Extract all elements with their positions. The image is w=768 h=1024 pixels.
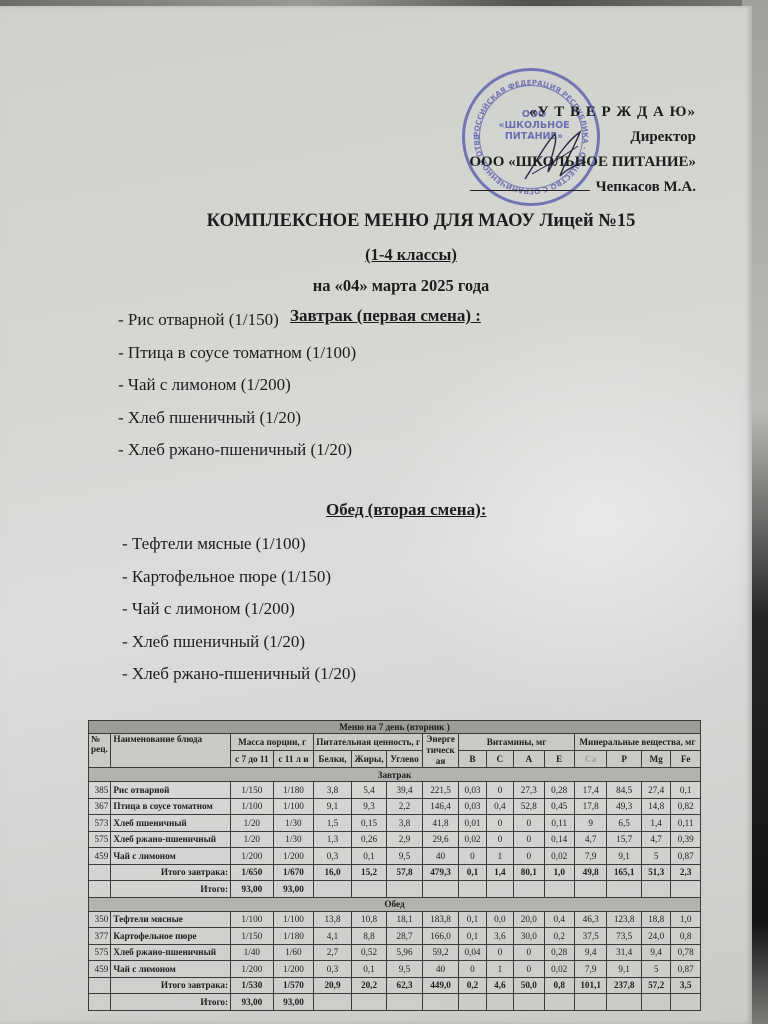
empty-cell xyxy=(514,881,544,898)
total-value-cell: 51,3 xyxy=(641,864,670,881)
approval-block: «У Т В Е Р Ж Д А Ю» Директор ООО «ШКОЛЬН… xyxy=(469,100,696,200)
value-cell: 0,15 xyxy=(351,815,387,832)
empty-cell xyxy=(671,881,701,898)
signature-line xyxy=(470,190,590,191)
header-mg: Mg xyxy=(641,751,670,768)
value-cell: 73,5 xyxy=(607,928,642,945)
empty-cell xyxy=(459,994,486,1011)
value-cell: 0,28 xyxy=(544,944,574,961)
total-value-cell: 479,3 xyxy=(422,864,459,881)
value-cell: 24,0 xyxy=(641,928,670,945)
total-value-cell: 20,9 xyxy=(314,977,352,994)
empty-cell xyxy=(89,864,111,881)
value-cell: 0 xyxy=(459,961,486,978)
list-item: - Тефтели мясные (1/100) xyxy=(122,532,356,565)
header-vit-e: E xyxy=(544,751,574,768)
total-value-cell: 1,0 xyxy=(544,864,574,881)
value-cell: 1,5 xyxy=(314,815,352,832)
value-cell: 0,1 xyxy=(671,782,701,799)
value-cell: 0 xyxy=(514,831,544,848)
total-value-cell: 165,1 xyxy=(607,864,642,881)
value-cell: 31,4 xyxy=(607,944,642,961)
total-value-cell: 0,2 xyxy=(459,977,486,994)
total-value-cell: 1/670 xyxy=(273,864,314,881)
recipe-number-cell: 459 xyxy=(89,848,111,865)
value-cell: 9,4 xyxy=(574,944,606,961)
value-cell: 37,5 xyxy=(574,928,606,945)
value-cell: 0 xyxy=(514,961,544,978)
table-row: 573Хлеб пшеничный1/201/301,50,153,841,80… xyxy=(89,815,701,832)
value-cell: 0,11 xyxy=(671,815,701,832)
header-vitamins: Витамины, мг xyxy=(459,734,575,751)
value-cell: 27,4 xyxy=(641,782,670,799)
empty-cell xyxy=(574,881,606,898)
value-cell: 1 xyxy=(486,848,513,865)
value-cell: 0,52 xyxy=(351,944,387,961)
value-cell: 40 xyxy=(422,961,459,978)
value-cell: 2,7 xyxy=(314,944,352,961)
value-cell: 7,9 xyxy=(574,848,606,865)
header-vit-b: B xyxy=(459,751,486,768)
total-value-cell: 20,2 xyxy=(351,977,387,994)
table-row: 459Чай с лимоном1/2001/2000,30,19,540010… xyxy=(89,848,701,865)
value-cell: 1/200 xyxy=(273,961,314,978)
value-cell: 5,4 xyxy=(351,782,387,799)
dish-name-cell: Картофельное пюре xyxy=(111,928,231,945)
value-cell: 0,4 xyxy=(544,911,574,928)
empty-cell xyxy=(89,977,111,994)
value-cell: 29,6 xyxy=(422,831,459,848)
cost-value-cell: 93,00 xyxy=(273,994,314,1011)
header-proteins: Белки, xyxy=(314,751,352,768)
total-row: Итого завтрака:1/6501/67016,015,257,8479… xyxy=(89,864,701,881)
empty-cell xyxy=(89,881,111,898)
value-cell: 1/20 xyxy=(231,831,274,848)
value-cell: 0 xyxy=(486,944,513,961)
value-cell: 183,8 xyxy=(422,911,459,928)
value-cell: 9,5 xyxy=(387,961,423,978)
section-row: Обед xyxy=(89,897,701,911)
value-cell: 4,7 xyxy=(641,831,670,848)
table-banner: Меню на 7 день (вторник ) xyxy=(89,721,701,734)
value-cell: 17,8 xyxy=(574,798,606,815)
header-fats: Жиры, xyxy=(351,751,387,768)
total-value-cell: 1/530 xyxy=(231,977,274,994)
list-item: - Птица в соусе томатном (1/100) xyxy=(118,341,356,374)
value-cell: 3,6 xyxy=(486,928,513,945)
recipe-number-cell: 573 xyxy=(89,815,111,832)
value-cell: 1/20 xyxy=(231,815,274,832)
cost-value-cell: 93,00 xyxy=(273,881,314,898)
value-cell: 0 xyxy=(514,944,544,961)
value-cell: 1/180 xyxy=(273,782,314,799)
value-cell: 1/60 xyxy=(273,944,314,961)
value-cell: 9,1 xyxy=(314,798,352,815)
total-label: Итого завтрака: xyxy=(111,977,231,994)
document-heading: КОМПЛЕКСНОЕ МЕНЮ ДЛЯ МАОУ Лицей №15 (1-4… xyxy=(0,211,752,296)
value-cell: 1/100 xyxy=(273,911,314,928)
dish-name-cell: Чай с лимоном xyxy=(111,961,231,978)
value-cell: 17,4 xyxy=(574,782,606,799)
empty-cell xyxy=(387,994,423,1011)
value-cell: 1/180 xyxy=(273,928,314,945)
value-cell: 0 xyxy=(486,782,513,799)
header-nutrition: Питательная ценность, г xyxy=(314,734,423,751)
empty-cell xyxy=(544,881,574,898)
value-cell: 166,0 xyxy=(422,928,459,945)
total-label: Итого завтрака: xyxy=(111,864,231,881)
empty-cell xyxy=(641,881,670,898)
value-cell: 4,1 xyxy=(314,928,352,945)
value-cell: 15,7 xyxy=(607,831,642,848)
header-recipe-no: № рец. xyxy=(89,734,111,768)
value-cell: 20,0 xyxy=(514,911,544,928)
value-cell: 5,96 xyxy=(387,944,423,961)
value-cell: 0,14 xyxy=(544,831,574,848)
lunch-list: - Тефтели мясные (1/100) - Картофельное … xyxy=(122,532,356,695)
value-cell: 0,1 xyxy=(351,961,387,978)
value-cell: 18,1 xyxy=(387,911,423,928)
total-value-cell: 62,3 xyxy=(387,977,423,994)
dish-name-cell: Тефтели мясные xyxy=(111,911,231,928)
list-item: - Картофельное пюре (1/150) xyxy=(122,565,356,598)
value-cell: 1,0 xyxy=(671,911,701,928)
value-cell: 1/100 xyxy=(273,798,314,815)
header-vit-a: A xyxy=(514,751,544,768)
empty-cell xyxy=(574,994,606,1011)
approval-position: Директор xyxy=(469,125,696,150)
value-cell: 0,3 xyxy=(314,961,352,978)
cost-row: Итого:93,0093,00 xyxy=(89,994,701,1011)
value-cell: 0,39 xyxy=(671,831,701,848)
header-fe: Fe xyxy=(671,751,701,768)
recipe-number-cell: 459 xyxy=(89,961,111,978)
value-cell: 0,87 xyxy=(671,848,701,865)
cost-value-cell: 93,00 xyxy=(231,881,274,898)
dish-name-cell: Хлеб ржано-пшеничный xyxy=(111,944,231,961)
empty-cell xyxy=(671,994,701,1011)
header-dish-name: Наименование блюда xyxy=(111,734,231,768)
table-row: 575Хлеб ржано-пшеничный1/401/602,70,525,… xyxy=(89,944,701,961)
total-value-cell: 80,1 xyxy=(514,864,544,881)
empty-cell xyxy=(314,881,352,898)
cost-label: Итого: xyxy=(111,881,231,898)
dish-name-cell: Хлеб ржано-пшеничный xyxy=(111,831,231,848)
lunch-heading: Обед (вторая смена): xyxy=(326,500,486,520)
list-item: - Чай с лимоном (1/200) xyxy=(122,597,356,630)
value-cell: 1/200 xyxy=(273,848,314,865)
value-cell: 1,3 xyxy=(314,831,352,848)
total-value-cell: 50,0 xyxy=(514,977,544,994)
value-cell: 0,8 xyxy=(671,928,701,945)
empty-cell xyxy=(607,994,642,1011)
dish-name-cell: Чай с лимоном xyxy=(111,848,231,865)
value-cell: 1 xyxy=(486,961,513,978)
value-cell: 221,5 xyxy=(422,782,459,799)
value-cell: 0,1 xyxy=(459,911,486,928)
table-row: 377Картофельное пюре1/1501/1804,18,828,7… xyxy=(89,928,701,945)
total-value-cell: 15,2 xyxy=(351,864,387,881)
value-cell: 30,0 xyxy=(514,928,544,945)
value-cell: 8,8 xyxy=(351,928,387,945)
nutrition-table: Меню на 7 день (вторник ) № рец. Наимено… xyxy=(88,720,701,1011)
value-cell: 0,4 xyxy=(486,798,513,815)
value-cell: 0,0 xyxy=(486,911,513,928)
value-cell: 1/30 xyxy=(273,831,314,848)
value-cell: 9,4 xyxy=(641,944,670,961)
value-cell: 0,11 xyxy=(544,815,574,832)
value-cell: 10,8 xyxy=(351,911,387,928)
empty-cell xyxy=(422,994,459,1011)
header-age-11-plus: с 11 л и xyxy=(273,751,314,768)
value-cell: 1/100 xyxy=(231,911,274,928)
empty-cell xyxy=(607,881,642,898)
value-cell: 1/30 xyxy=(273,815,314,832)
value-cell: 59,2 xyxy=(422,944,459,961)
value-cell: 2,9 xyxy=(387,831,423,848)
value-cell: 52,8 xyxy=(514,798,544,815)
recipe-number-cell: 350 xyxy=(89,911,111,928)
empty-cell xyxy=(89,994,111,1011)
value-cell: 1/150 xyxy=(231,782,274,799)
value-cell: 3,8 xyxy=(387,815,423,832)
cost-label: Итого: xyxy=(111,994,231,1011)
value-cell: 0,28 xyxy=(544,782,574,799)
approval-signatory-row: Чепкасов М.А. xyxy=(469,175,696,200)
value-cell: 46,3 xyxy=(574,911,606,928)
empty-cell xyxy=(514,994,544,1011)
value-cell: 1,4 xyxy=(641,815,670,832)
total-value-cell: 449,0 xyxy=(422,977,459,994)
value-cell: 49,3 xyxy=(607,798,642,815)
value-cell: 0,04 xyxy=(459,944,486,961)
recipe-number-cell: 377 xyxy=(89,928,111,945)
empty-cell xyxy=(486,881,513,898)
table-row: 575Хлеб ржано-пшеничный1/201/301,30,262,… xyxy=(89,831,701,848)
value-cell: 1/100 xyxy=(231,798,274,815)
total-value-cell: 237,8 xyxy=(607,977,642,994)
list-item: - Хлеб пшеничный (1/20) xyxy=(118,406,356,439)
empty-cell xyxy=(544,994,574,1011)
value-cell: 0,01 xyxy=(459,815,486,832)
value-cell: 14,8 xyxy=(641,798,670,815)
value-cell: 4,7 xyxy=(574,831,606,848)
value-cell: 0,03 xyxy=(459,782,486,799)
header-energy: Энергетическая xyxy=(422,734,459,768)
value-cell: 9 xyxy=(574,815,606,832)
total-value-cell: 1/650 xyxy=(231,864,274,881)
total-value-cell: 57,8 xyxy=(387,864,423,881)
header-minerals: Минеральные вещества, мг xyxy=(574,734,700,751)
value-cell: 6,5 xyxy=(607,815,642,832)
total-value-cell: 0,1 xyxy=(459,864,486,881)
value-cell: 9,3 xyxy=(351,798,387,815)
cost-row: Итого:93,0093,00 xyxy=(89,881,701,898)
value-cell: 7,9 xyxy=(574,961,606,978)
value-cell: 0,02 xyxy=(459,831,486,848)
value-cell: 0 xyxy=(486,815,513,832)
empty-cell xyxy=(314,994,352,1011)
table-row: 367Птица в соусе томатном1/1001/1009,19,… xyxy=(89,798,701,815)
nutrition-table-wrapper: Меню на 7 день (вторник ) № рец. Наимено… xyxy=(88,720,701,1011)
value-cell: 5 xyxy=(641,961,670,978)
total-value-cell: 57,2 xyxy=(641,977,670,994)
empty-cell xyxy=(486,994,513,1011)
table-row: 385Рис отварной1/1501/1803,85,439,4221,5… xyxy=(89,782,701,799)
empty-cell xyxy=(641,994,670,1011)
dish-name-cell: Птица в соусе томатном xyxy=(111,798,231,815)
header-age-7-11: с 7 до 11 xyxy=(231,751,274,768)
value-cell: 0,87 xyxy=(671,961,701,978)
total-value-cell: 16,0 xyxy=(314,864,352,881)
value-cell: 0,02 xyxy=(544,961,574,978)
value-cell: 0,03 xyxy=(459,798,486,815)
total-value-cell: 101,1 xyxy=(574,977,606,994)
value-cell: 0 xyxy=(514,848,544,865)
empty-cell xyxy=(387,881,423,898)
total-value-cell: 0,8 xyxy=(544,977,574,994)
value-cell: 13,8 xyxy=(314,911,352,928)
total-row: Итого завтрака:1/5301/57020,920,262,3449… xyxy=(89,977,701,994)
document-date: на «04» марта 2025 года xyxy=(50,276,752,296)
paper-sheet: РОССИЙСКАЯ ФЕДЕРАЦИЯ РЕСПУБЛИКА · ОБЩЕСТ… xyxy=(0,6,752,1024)
list-item: - Чай с лимоном (1/200) xyxy=(118,373,356,406)
value-cell: 0,3 xyxy=(314,848,352,865)
section-row: Завтрак xyxy=(89,768,701,782)
recipe-number-cell: 367 xyxy=(89,798,111,815)
total-value-cell: 3,5 xyxy=(671,977,701,994)
value-cell: 1/200 xyxy=(231,848,274,865)
list-item: - Хлеб ржано-пшеничный (1/20) xyxy=(122,662,356,695)
recipe-number-cell: 385 xyxy=(89,782,111,799)
value-cell: 123,8 xyxy=(607,911,642,928)
value-cell: 0 xyxy=(459,848,486,865)
dish-name-cell: Рис отварной xyxy=(111,782,231,799)
value-cell: 0 xyxy=(514,815,544,832)
value-cell: 0,78 xyxy=(671,944,701,961)
value-cell: 18,8 xyxy=(641,911,670,928)
approval-heading: «У Т В Е Р Ж Д А Ю» xyxy=(469,100,696,125)
value-cell: 41,8 xyxy=(422,815,459,832)
value-cell: 0,82 xyxy=(671,798,701,815)
header-ca: Ca xyxy=(574,751,606,768)
approval-organization: ООО «ШКОЛЬНОЕ ПИТАНИЕ» xyxy=(469,150,696,175)
header-vit-c: C xyxy=(486,751,513,768)
document-grades: (1-4 классы) xyxy=(70,245,752,265)
value-cell: 27,3 xyxy=(514,782,544,799)
value-cell: 0,26 xyxy=(351,831,387,848)
value-cell: 146,4 xyxy=(422,798,459,815)
total-value-cell: 4,6 xyxy=(486,977,513,994)
empty-cell xyxy=(459,881,486,898)
value-cell: 0,2 xyxy=(544,928,574,945)
value-cell: 0 xyxy=(486,831,513,848)
table-row: 459Чай с лимоном1/2001/2000,30,19,540010… xyxy=(89,961,701,978)
recipe-number-cell: 575 xyxy=(89,831,111,848)
value-cell: 39,4 xyxy=(387,782,423,799)
table-row: 350Тефтели мясные1/1001/10013,810,818,11… xyxy=(89,911,701,928)
breakfast-list: - Рис отварной (1/150) - Птица в соусе т… xyxy=(118,308,356,471)
value-cell: 1/40 xyxy=(231,944,274,961)
list-item: - Хлеб пшеничный (1/20) xyxy=(122,630,356,663)
value-cell: 0,1 xyxy=(459,928,486,945)
total-value-cell: 2,3 xyxy=(671,864,701,881)
value-cell: 3,8 xyxy=(314,782,352,799)
value-cell: 9,1 xyxy=(607,961,642,978)
value-cell: 28,7 xyxy=(387,928,423,945)
value-cell: 9,5 xyxy=(387,848,423,865)
value-cell: 5 xyxy=(641,848,670,865)
value-cell: 40 xyxy=(422,848,459,865)
approval-signatory: Чепкасов М.А. xyxy=(596,179,696,195)
value-cell: 1/200 xyxy=(231,961,274,978)
list-item: - Рис отварной (1/150) xyxy=(118,308,356,341)
cost-value-cell: 93,00 xyxy=(231,994,274,1011)
value-cell: 0,45 xyxy=(544,798,574,815)
value-cell: 84,5 xyxy=(607,782,642,799)
header-carbs: Углево xyxy=(387,751,423,768)
value-cell: 9,1 xyxy=(607,848,642,865)
value-cell: 2,2 xyxy=(387,798,423,815)
total-value-cell: 1,4 xyxy=(486,864,513,881)
list-item: - Хлеб ржано-пшеничный (1/20) xyxy=(118,438,356,471)
value-cell: 0,1 xyxy=(351,848,387,865)
header-portion-mass: Масса порции, г xyxy=(231,734,314,751)
total-value-cell: 49,8 xyxy=(574,864,606,881)
empty-cell xyxy=(351,881,387,898)
total-value-cell: 1/570 xyxy=(273,977,314,994)
recipe-number-cell: 575 xyxy=(89,944,111,961)
document-title: КОМПЛЕКСНОЕ МЕНЮ ДЛЯ МАОУ Лицей №15 xyxy=(90,211,752,232)
value-cell: 1/150 xyxy=(231,928,274,945)
empty-cell xyxy=(422,881,459,898)
empty-cell xyxy=(351,994,387,1011)
value-cell: 0,02 xyxy=(544,848,574,865)
header-p: P xyxy=(607,751,642,768)
dish-name-cell: Хлеб пшеничный xyxy=(111,815,231,832)
